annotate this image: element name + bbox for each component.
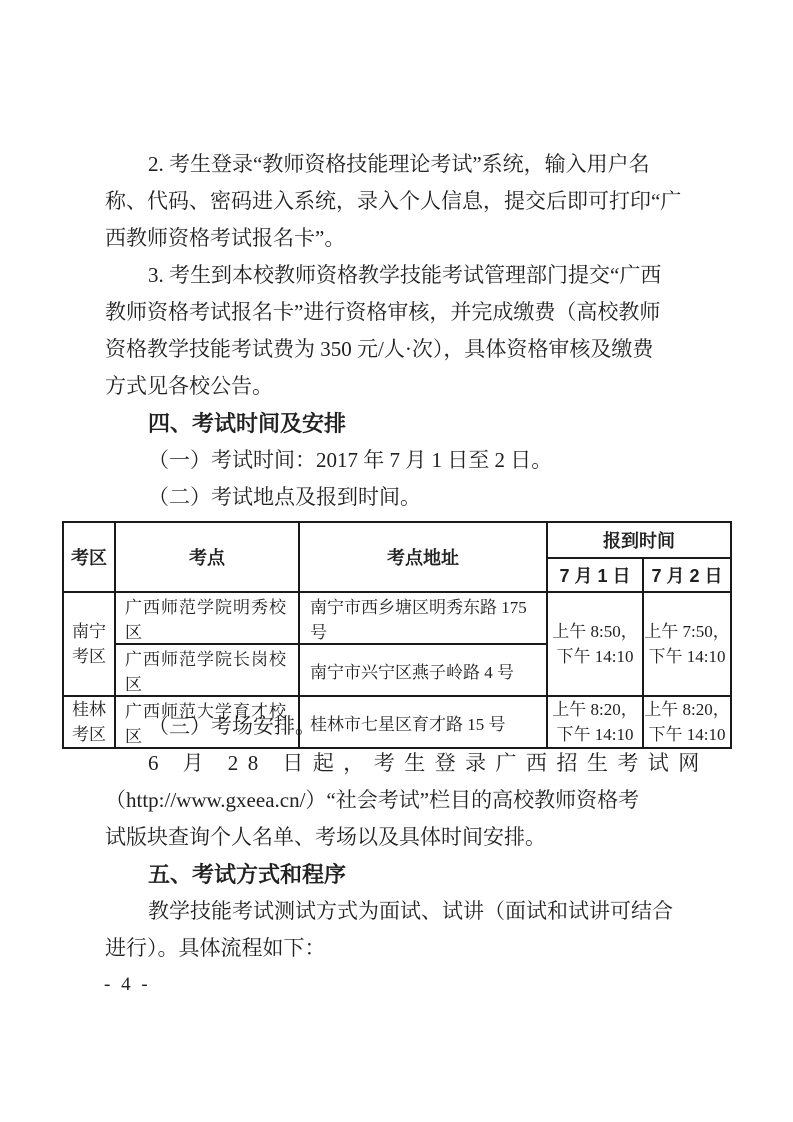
table-cell-address-mingxiu: 南宁市西乡塘区明秀东路 175 号 <box>299 592 547 644</box>
paragraph-method-line: 教学技能考试测试方式为面试、试讲（面试和试讲可结合 <box>105 893 699 930</box>
table-cell-site-mingxiu: 广西师范学院明秀校区 <box>115 592 299 644</box>
paragraph-submit-line: 方式见各校公告。 <box>105 368 699 405</box>
section4-item-exam-location: （二）考试地点及报到时间。 <box>105 479 699 516</box>
paragraph-register-line: 2. 考生登录“教师资格技能理论考试”系统，输入用户名 <box>105 146 699 183</box>
table-header-address: 考点地址 <box>299 522 547 592</box>
section4-item-room-arrangement: （三）考场安排。 <box>105 708 699 745</box>
paragraph-venue-line: 6 月 28 日起，考生登录广西招生考试网 <box>105 745 699 782</box>
paragraph-method-line: 进行）。具体流程如下： <box>105 930 699 967</box>
document-page: 2. 考生登录“教师资格技能理论考试”系统，输入用户名 称、代码、密码进入系统，… <box>0 0 793 1122</box>
table-header-checkin-time: 报到时间 <box>547 522 731 558</box>
section4-item-exam-time: （一）考试时间：2017 年 7 月 1 日至 2 日。 <box>105 442 699 479</box>
table-header-region: 考区 <box>63 522 115 592</box>
paragraph-submit-line: 资格教学技能考试费为 350 元/人·次），具体资格审核及缴费 <box>105 331 699 368</box>
table-row: 南宁 考区 广西师范学院明秀校区 南宁市西乡塘区明秀东路 175 号 上午 8:… <box>63 592 731 644</box>
lower-text-block: （三）考场安排。 6 月 28 日起，考生登录广西招生考试网 （http://w… <box>105 708 699 967</box>
page-number: - 4 - <box>104 974 151 996</box>
paragraph-venue-line: 试版块查询个人名单、考场以及具体时间安排。 <box>105 819 699 856</box>
section4-heading: 四、考试时间及安排 <box>105 405 699 442</box>
table-header-site: 考点 <box>115 522 299 592</box>
table-cell-region-nanning: 南宁 考区 <box>63 592 115 696</box>
paragraph-submit-line: 教师资格考试报名卡”进行资格审核，并完成缴费（高校教师 <box>105 294 699 331</box>
table-cell-nanning-july1-time: 上午 8:50， 下午 14:10 <box>547 592 643 696</box>
table-cell-nanning-july2-time: 上午 7:50， 下午 14:10 <box>643 592 731 696</box>
table-cell-address-changgang: 南宁市兴宁区燕子岭路 4 号 <box>299 644 547 696</box>
table-header-july1: 7 月 1 日 <box>547 558 643 592</box>
upper-text-block: 2. 考生登录“教师资格技能理论考试”系统，输入用户名 称、代码、密码进入系统，… <box>105 146 699 516</box>
paragraph-submit-line: 3. 考生到本校教师资格教学技能考试管理部门提交“广西 <box>105 257 699 294</box>
section5-heading: 五、考试方式和程序 <box>105 856 699 893</box>
paragraph-register-line: 西教师资格考试报名卡”。 <box>105 220 699 257</box>
table-cell-site-changgang: 广西师范学院长岗校区 <box>115 644 299 696</box>
paragraph-register-line: 称、代码、密码进入系统，录入个人信息，提交后即可打印“广 <box>105 183 699 220</box>
table-header-july2: 7 月 2 日 <box>643 558 731 592</box>
paragraph-venue-line: （http://www.gxeea.cn/）“社会考试”栏目的高校教师资格考 <box>105 782 699 819</box>
